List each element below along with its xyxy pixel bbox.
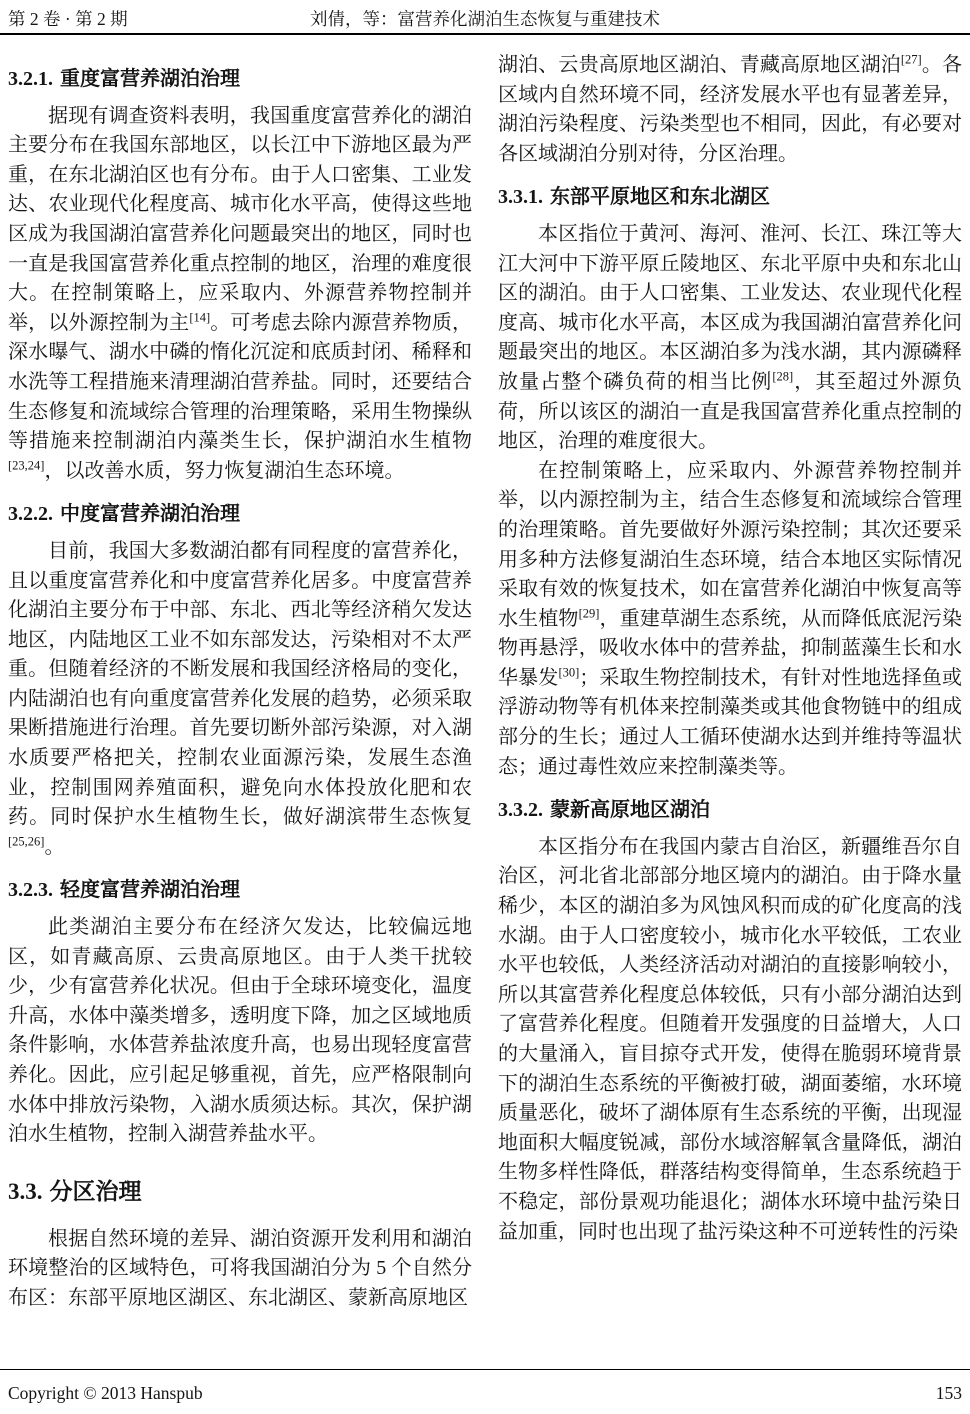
section-heading-3-2-1: 3.2.1.重度富营养湖泊治理 xyxy=(8,65,472,95)
section-number: 3.2.3. xyxy=(8,879,53,901)
section-heading-3-2-2: 3.2.2.中度富营养湖泊治理 xyxy=(8,500,472,530)
page-number: 153 xyxy=(936,1383,962,1404)
left-column: 3.2.1.重度富营养湖泊治理 据现有调查资料表明，我国重度富营养化的湖泊主要分… xyxy=(8,51,472,1314)
section-title: 重度富营养湖泊治理 xyxy=(60,68,240,90)
paragraph: 此类湖泊主要分布在经济欠发达，比较偏远地区，如青藏高原、云贵高原地区。由于人类干… xyxy=(8,913,472,1150)
paragraph: 根据自然环境的差异、湖泊资源开发利用和湖泊环境整治的区域特色，可将我国湖泊分为 … xyxy=(8,1225,472,1314)
paper-page: 第 2 卷 · 第 2 期 刘倩，等：富营养化湖泊生态恢复与重建技术 3.2.1… xyxy=(0,0,970,1414)
section-heading-3-3-2: 3.3.2.蒙新高原地区湖泊 xyxy=(498,796,962,826)
section-number: 3.2.2. xyxy=(8,503,53,525)
page-footer: Copyright © 2013 Hanspub 153 xyxy=(0,1369,970,1404)
section-number: 3.3. xyxy=(8,1179,43,1204)
section-heading-3-2-3: 3.2.3.轻度富营养湖泊治理 xyxy=(8,876,472,906)
header-running-title: 刘倩，等：富营养化湖泊生态恢复与重建技术 xyxy=(310,6,660,31)
paragraph: 目前，我国大多数湖泊都有同程度的富营养化，且以重度富营养化和中度富营养化居多。中… xyxy=(8,537,472,863)
section-title: 中度富营养湖泊治理 xyxy=(60,503,240,525)
section-number: 3.3.1. xyxy=(498,186,543,208)
footer-copyright: Copyright © 2013 Hanspub xyxy=(8,1383,203,1404)
section-title: 东部平原地区和东北湖区 xyxy=(550,186,770,208)
section-number: 3.2.1. xyxy=(8,68,53,90)
right-column: 湖泊、云贵高原地区湖泊、青藏高原地区湖泊[27]。各区域内自然环境不同，经济发展… xyxy=(498,51,962,1314)
paragraph: 本区指位于黄河、海河、淮河、长江、珠江等大江大河中下游平原丘陵地区、东北平原中央… xyxy=(498,220,962,457)
section-heading-3-3-1: 3.3.1.东部平原地区和东北湖区 xyxy=(498,183,962,213)
section-title: 分区治理 xyxy=(50,1178,142,1204)
header-issue: 第 2 卷 · 第 2 期 xyxy=(8,6,128,31)
paragraph: 在控制策略上，应采取内、外源营养物控制并举，以内源控制为主，结合生态修复和流域综… xyxy=(498,457,962,783)
section-title: 轻度富营养湖泊治理 xyxy=(60,879,240,901)
section-heading-3-3: 3.3.分区治理 xyxy=(8,1174,472,1209)
page-body: 3.2.1.重度富营养湖泊治理 据现有调查资料表明，我国重度富营养化的湖泊主要分… xyxy=(0,35,970,1314)
paragraph-continuation: 湖泊、云贵高原地区湖泊、青藏高原地区湖泊[27]。各区域内自然环境不同，经济发展… xyxy=(498,51,962,169)
page-header: 第 2 卷 · 第 2 期 刘倩，等：富营养化湖泊生态恢复与重建技术 xyxy=(0,0,970,35)
paragraph: 本区指分布在我国内蒙古自治区，新疆维吾尔自治区，河北省北部部分地区境内的湖泊。由… xyxy=(498,833,962,1247)
section-number: 3.3.2. xyxy=(498,799,543,821)
section-title: 蒙新高原地区湖泊 xyxy=(550,799,710,821)
paragraph: 据现有调查资料表明，我国重度富营养化的湖泊主要分布在我国东部地区，以长江中下游地… xyxy=(8,102,472,487)
